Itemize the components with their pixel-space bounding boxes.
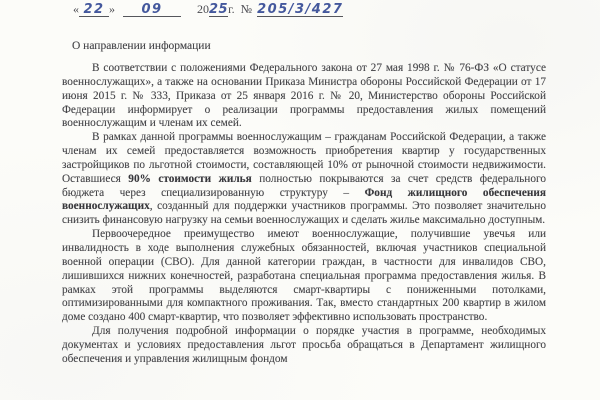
handwritten-day: 22	[79, 3, 109, 17]
scanned-document-page: «22»092025г.№205/3/427 О направлении инф…	[0, 0, 600, 400]
text-run: В соответствии с положениями Федеральног…	[62, 62, 546, 129]
subject-line: О направлении информации	[72, 40, 211, 52]
text-run: Для получения подробной информации о пор…	[62, 325, 546, 365]
year-printed-prefix: 20	[197, 2, 209, 16]
paragraph: В соответствии с положениями Федеральног…	[62, 62, 546, 131]
text-run: Первоочередное преимущество имеют военно…	[62, 228, 546, 323]
handwritten-year: 25	[209, 3, 228, 17]
year-suffix: г.	[228, 2, 235, 16]
paragraph: Первоочередное преимущество имеют военно…	[62, 228, 546, 325]
year-group: 2025г.	[197, 2, 235, 16]
handwritten-number: 205/3/427	[257, 3, 343, 17]
quote-close: »	[109, 2, 115, 16]
number-label: №	[241, 2, 252, 16]
bold-text-run: 90% стоимости жилья	[128, 173, 251, 185]
paragraph: Для получения подробной информации о пор…	[62, 325, 546, 367]
paragraph: В рамках данной программы военнослужащим…	[62, 131, 546, 228]
handwritten-month: 09	[123, 3, 181, 17]
date-line: «22»092025г.№205/3/427	[73, 2, 343, 17]
body-text: В соответствии с положениями Федеральног…	[62, 62, 546, 367]
